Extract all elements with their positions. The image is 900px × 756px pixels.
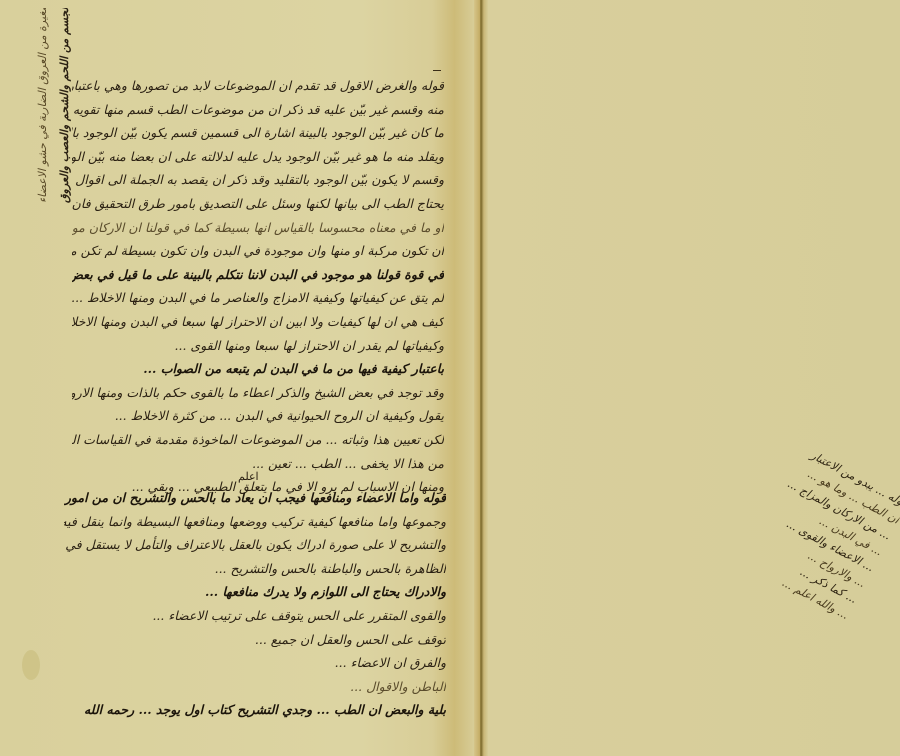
text-line: توقف على الحس والعقل ان جميع ...	[64, 628, 446, 652]
text-line: الباطن والاقوال ...	[64, 675, 446, 699]
text-line: يقول وكيفية ان الروح الحيوانية في البدن …	[72, 404, 444, 428]
text-line: ما كان غير بيّن الوجود بالبينة اشارة الى…	[72, 121, 444, 145]
text-line: منه وقسم غير بيّن عليه قد ذكر ان من موضو…	[72, 98, 444, 122]
line-start-mark	[433, 70, 441, 71]
text-line: والادراك يحتاج الى اللوازم ولا يدرك مناف…	[64, 580, 446, 604]
second-text-block: قوله واما الاعضاء ومنافعها فيجب ان يعاد …	[64, 486, 446, 722]
text-line: وكيفياتها لم يقدر ان الاحتراز لها سبعا و…	[72, 334, 444, 358]
main-text-block: قوله والغرض الاقول قد تقدم ان الموضوعات …	[72, 74, 444, 499]
left-page: بطبقة صغيرة من العروق الضاربة في حشو الا…	[0, 0, 478, 756]
text-line: في قوة قولنا هو موجود في البدن لاننا نتك…	[72, 263, 444, 287]
text-line: ويقلد منه ما هو غير بيّن الوجود يدل عليه…	[72, 145, 444, 169]
paper-stain	[22, 650, 40, 680]
text-line: بلية والبعض ان الطب ... وجدي التشريح كتا…	[64, 698, 446, 722]
section-marker: اعلم	[238, 470, 259, 483]
gloss-column: بجملتها الجسم من اللحم والشحم والعصب وال…	[58, 8, 71, 203]
text-line: قوله واما الاعضاء ومنافعها فيجب ان يعاد …	[64, 486, 446, 510]
manuscript-spread: بطبقة صغيرة من العروق الضاربة في حشو الا…	[0, 0, 900, 756]
text-line: قوله والغرض الاقول قد تقدم ان الموضوعات …	[72, 74, 444, 98]
gloss-column: بطبقة صغيرة من العروق الضاربة في حشو الا…	[36, 8, 49, 203]
text-line: لم يتق عن كيفياتها وكيفية الامزاج والعنا…	[72, 286, 444, 310]
text-line: والفرق ان الاعضاء ...	[64, 651, 446, 675]
text-line: وقسم لا يكون بيّن الوجود بالتقليد وقد ذك…	[72, 168, 444, 192]
text-line: او ما في معناه محسوسا بالقياس انها بسيطة…	[72, 216, 444, 240]
text-line: وجموعها واما منافعها كيفية تركيب ووضعها …	[64, 510, 446, 534]
text-line: وقد توجد في بعض الشيخ والذكر اعطاء ما با…	[72, 381, 444, 405]
right-page	[482, 0, 900, 756]
text-line: لكن تعيين هذا وثباته ... من الموضوعات ال…	[72, 428, 444, 452]
text-line: يحتاج الطب الى بيانها لكنها وسئل على الت…	[72, 192, 444, 216]
text-line: كيف هي ان لها كيفيات ولا ابين ان الاحترا…	[72, 310, 444, 334]
text-line: والتشريح لا على صورة ادراك يكون بالعقل ب…	[64, 533, 446, 557]
text-line: الظاهرة بالحس والباطنة بالحس والتشريح ..…	[64, 557, 446, 581]
text-line: والقوى المتقرر على الحس يتوقف على ترتيب …	[64, 604, 446, 628]
text-line: باعتبار كيفية فيها من ما في البدن لم يتب…	[72, 357, 444, 381]
text-line: ان تكون مركبة او منها وان موجودة في البد…	[72, 239, 444, 263]
